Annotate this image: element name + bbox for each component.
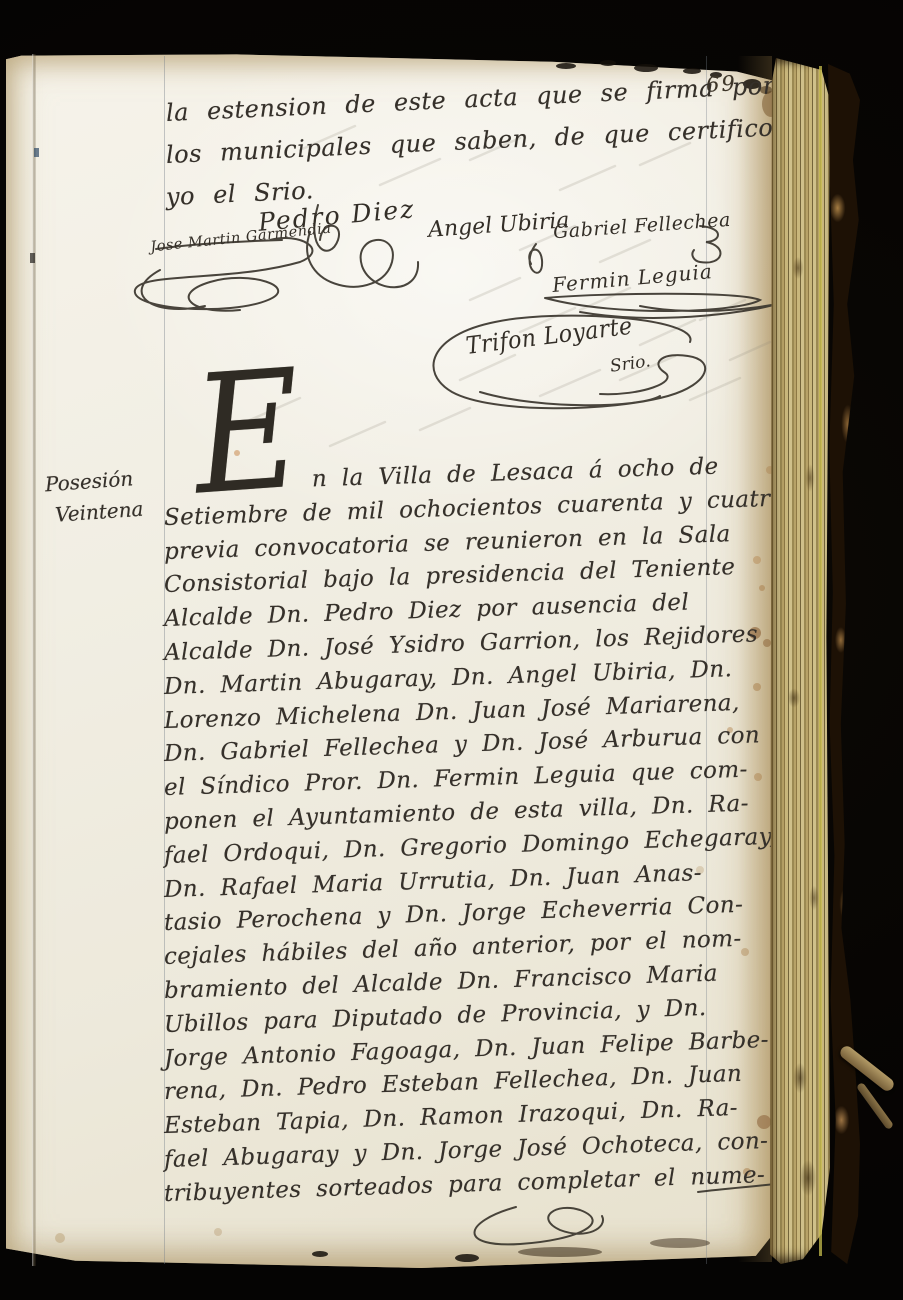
marbled-cover-edge xyxy=(828,64,860,1264)
page-gutter-crease xyxy=(32,54,36,1266)
margin-note: Posesión Veintena xyxy=(44,463,144,532)
gilt-edge-line xyxy=(819,66,822,1256)
closing-paragraph: la estension de este acta que se firma p… xyxy=(166,92,775,218)
scanned-book-photo: 69 la estension de este acta que se firm… xyxy=(0,0,903,1300)
body-paragraph: n la Villa de Lesaca á ocho de Setiembre… xyxy=(164,468,793,1212)
